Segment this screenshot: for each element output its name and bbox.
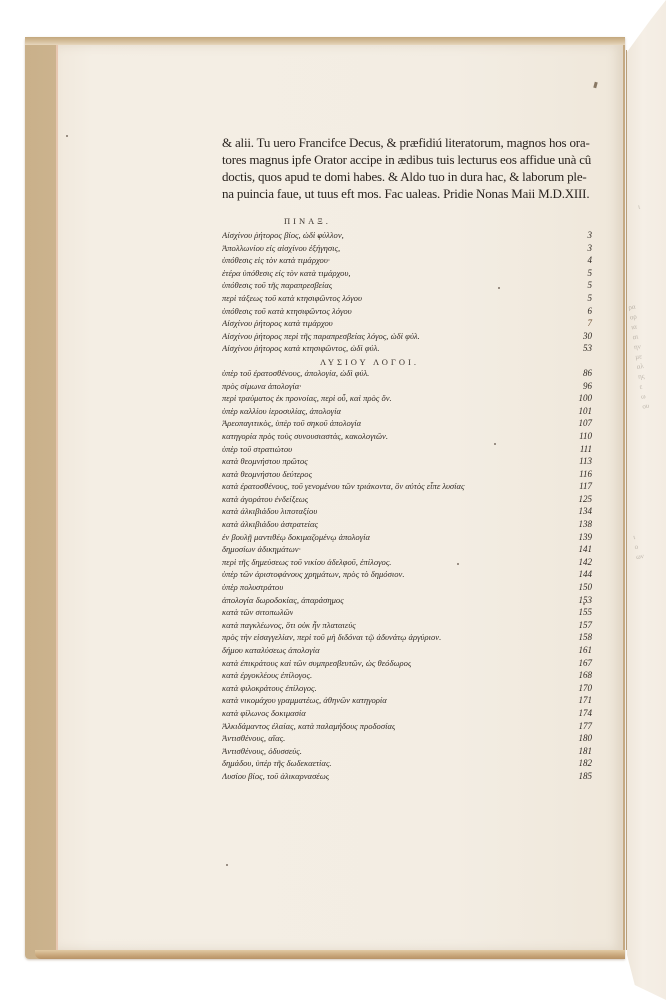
- index-entry: ὑπὲρ τοῦ στρατιώτου111: [222, 444, 594, 457]
- entry-title: Ἀπολλωνίου εἰς αἰσχίνου ἐξήγησις,: [222, 243, 340, 253]
- entry-page: 113: [570, 456, 594, 466]
- entry-page: 168: [570, 670, 594, 680]
- entry-page: 142: [570, 557, 594, 567]
- entry-page: 86: [570, 368, 594, 378]
- index-entry: κατὰ παγκλέωνος, ὅτι οὐκ ἦν πλαταιεύς157: [222, 620, 594, 633]
- entry-title: κατὰ ἐπικράτους καὶ τῶν συμπρεσβευτῶν, ὡ…: [222, 658, 411, 668]
- entry-page: 110: [570, 431, 594, 441]
- entry-page: 185: [570, 771, 594, 781]
- index-entry: Ἀλκιδάμαντος ἐλαίας, κατὰ παλαμήδους προ…: [222, 721, 594, 734]
- entry-page: 117: [570, 481, 594, 491]
- entry-page: 100: [570, 393, 594, 403]
- entry-title: δημοσίων ἀδικημάτων·: [222, 544, 301, 554]
- entry-page: 177: [570, 721, 594, 731]
- ink-speck: [226, 864, 228, 866]
- entry-title: περὶ τραύματος ἐκ προνοίας, περὶ οὗ, καὶ…: [222, 393, 392, 403]
- index-entry: Ἀντισθένους, αἴας.180: [222, 733, 594, 746]
- index-entry: περὶ τῆς δημεύσεως τοῦ νικίου ἀδελφοῦ, ἐ…: [222, 557, 594, 570]
- entry-title: ὑπὲρ πολυστράτου: [222, 582, 283, 592]
- lysias-heading: ΛΥΣΙΟΥ ΛΟΓΟΙ.: [222, 356, 594, 368]
- entry-title: Αἰσχίνου ῥήτορος βίος, ὡδὶ φύλλον,: [222, 230, 344, 240]
- index-entry: κατὰ φίλωνος δοκιμασία174: [222, 708, 594, 721]
- entry-title: ἀπολογία δωροδοκίας, ἀπαράσημος: [222, 595, 344, 605]
- entry-title: περὶ τῆς δημεύσεως τοῦ νικίου ἀδελφοῦ, ἐ…: [222, 557, 391, 567]
- entry-page: 150: [570, 582, 594, 592]
- entry-page: 53: [570, 343, 594, 353]
- entry-page: 181: [570, 746, 594, 756]
- index-entry: ὑπόθεσις τοῦ τῆς παραπρεσβείας5: [222, 280, 594, 293]
- entry-title: ὑπόθεσις εἰς τὸν κατὰ τιμάρχου·: [222, 255, 330, 265]
- index-entry: ἐν βουλῇ μαντιθέῳ δοκιμαζομένῳ ἀπολογία1…: [222, 532, 594, 545]
- entry-title: Αἰσχίνου ῥήτορος κατὰ κτησιφῶντος, ὡδὶ φ…: [222, 343, 380, 353]
- entry-title: κατὰ τῶν σιτοπωλῶν: [222, 607, 293, 617]
- index-entry: Λυσίου βίος, τοῦ ἁλικαρνασέως185: [222, 771, 594, 784]
- entry-title: κατὰ θεομνήστου δεύτερος: [222, 469, 312, 479]
- entry-page: 153: [570, 595, 594, 605]
- index-entry: κατὰ ἐργοκλέους ἐπίλογος.168: [222, 670, 594, 683]
- index-entry: δημάδου, ὑπὲρ τῆς δωδεκαετίας.182: [222, 758, 594, 771]
- index-entry: ἀπολογία δωροδοκίας, ἀπαράσημος153: [222, 595, 594, 608]
- page-gutter: [626, 50, 627, 950]
- entry-title: ὑπὲρ τοῦ ἐρατοσθένους, ἀπολογία, ὡδὶ φύλ…: [222, 368, 369, 378]
- entry-title: ὑπὲρ τοῦ στρατιώτου: [222, 444, 292, 454]
- lysias-index-list: ὑπὲρ τοῦ ἐρατοσθένους, ἀπολογία, ὡδὶ φύλ…: [222, 368, 594, 784]
- entry-page: 4: [570, 255, 594, 265]
- index-entry: ἑτέρα ὑπόθεσις εἰς τὸν κατὰ τιμάρχου,5: [222, 268, 594, 281]
- entry-page: 5: [570, 268, 594, 278]
- entry-title: κατὰ ἀλκιβιάδου λιποταξίου: [222, 506, 317, 516]
- index-entry: δημοσίων ἀδικημάτων·141: [222, 544, 594, 557]
- entry-page: 125: [570, 494, 594, 504]
- index-entry: κατὰ θεομνήστου πρῶτος113: [222, 456, 594, 469]
- entry-page: 157: [570, 620, 594, 630]
- entry-title: Λυσίου βίος, τοῦ ἁλικαρνασέως: [222, 771, 329, 781]
- entry-page: 116: [570, 469, 594, 479]
- entry-page: 5: [570, 280, 594, 290]
- index-entry: κατὰ νικομάχου γραμματέως, ἀθηνῶν κατηγο…: [222, 695, 594, 708]
- index-entry: δήμου καταλύσεως ἀπολογία161: [222, 645, 594, 658]
- entry-page: 141: [570, 544, 594, 554]
- entry-title: Ἀντισθένους, αἴας.: [222, 733, 285, 743]
- entry-title: Ἀντισθένους, ὀδυσσεύς.: [222, 746, 302, 756]
- index-entry: Ἀρεοπαγιτικὸς, ὑπὲρ τοῦ σηκοῦ ἀπολογία10…: [222, 418, 594, 431]
- entry-title: δήμου καταλύσεως ἀπολογία: [222, 645, 320, 655]
- colophon-line: tores magnus ipfe Orator accipe in ædibu…: [222, 151, 594, 168]
- index-entry: Ἀπολλωνίου εἰς αἰσχίνου ἐξήγησις,3: [222, 243, 594, 256]
- entry-title: δημάδου, ὑπὲρ τῆς δωδεκαετίας.: [222, 758, 332, 768]
- entry-title: ὑπὲρ τῶν ἀριστοφάνους χρημάτων, πρὸς τὸ …: [222, 569, 405, 579]
- index-entry: περὶ τάξεως τοῦ κατὰ κτησιφῶντος λόγου5: [222, 293, 594, 306]
- entry-page: 170: [570, 683, 594, 693]
- colophon-paragraph: & alii. Tu uero Francifce Decus, & præfi…: [222, 134, 594, 202]
- entry-page: 144: [570, 569, 594, 579]
- entry-title: κατὰ νικομάχου γραμματέως, ἀθηνῶν κατηγο…: [222, 695, 387, 705]
- index-entry: κατὰ ἀλκιβιάδου ἀστρατείας138: [222, 519, 594, 532]
- entry-page: 138: [570, 519, 594, 529]
- index-entry: κατὰ θεομνήστου δεύτερος116: [222, 469, 594, 482]
- entry-page: 174: [570, 708, 594, 718]
- index-entry: κατηγορία πρὸς τοὺς συνουσιαστὰς, κακολο…: [222, 431, 594, 444]
- entry-page: 139: [570, 532, 594, 542]
- index-entry: ὑπὲρ πολυστράτου150: [222, 582, 594, 595]
- entry-page: 107: [570, 418, 594, 428]
- entry-page: 6: [570, 306, 594, 316]
- index-entry: Ἀντισθένους, ὀδυσσεύς.181: [222, 746, 594, 759]
- entry-page: 3: [570, 243, 594, 253]
- colophon-line: na puincia faue, ut tuus eft mos. Fac ua…: [222, 185, 594, 202]
- entry-title: ἑτέρα ὑπόθεσις εἰς τὸν κατὰ τιμάρχου,: [222, 268, 351, 278]
- entry-title: ἐν βουλῇ μαντιθέῳ δοκιμαζομένῳ ἀπολογία: [222, 532, 370, 542]
- colophon-line: doctis, quos apud te domi habes. & Aldo …: [222, 168, 594, 185]
- colophon-line: & alii. Tu uero Francifce Decus, & præfi…: [222, 134, 594, 151]
- entry-page: 155: [570, 607, 594, 617]
- entry-title: ὑπὲρ καλλίου ἱεροσυλίας, ἀπολογία: [222, 406, 341, 416]
- index-entry: περὶ τραύματος ἐκ προνοίας, περὶ οὗ, καὶ…: [222, 393, 594, 406]
- aeschines-index-list: Αἰσχίνου ῥήτορος βίος, ὡδὶ φύλλον,3 Ἀπολ…: [222, 230, 594, 356]
- entry-page: 101: [570, 406, 594, 416]
- binding-top-edge: [25, 37, 625, 45]
- index-entry: Αἰσχίνου ῥήτορος περὶ τῆς παραπρεσβείας …: [222, 331, 594, 344]
- index-entry: πρὸς σίμωνα ἀπολογία·96: [222, 381, 594, 394]
- index-entry: κατὰ ἀγοράτου ἐνδείξεως125: [222, 494, 594, 507]
- entry-title: Ἀλκιδάμαντος ἐλαίας, κατὰ παλαμήδους προ…: [222, 721, 395, 731]
- entry-title: κατὰ ἀγοράτου ἐνδείξεως: [222, 494, 308, 504]
- index-entry: πρὸς τὴν εἰσαγγελίαν, περὶ τοῦ μὴ διδόνα…: [222, 632, 594, 645]
- index-entry: κατὰ ἀλκιβιάδου λιποταξίου134: [222, 506, 594, 519]
- index-entry: Αἰσχίνου ῥήτορος βίος, ὡδὶ φύλλον,3: [222, 230, 594, 243]
- entry-title: κατὰ παγκλέωνος, ὅτι οὐκ ἦν πλαταιεύς: [222, 620, 356, 630]
- entry-page: 5: [570, 293, 594, 303]
- book-photo: & alii. Tu uero Francifce Decus, & præfi…: [0, 0, 666, 1000]
- entry-title: πρὸς τὴν εἰσαγγελίαν, περὶ τοῦ μὴ διδόνα…: [222, 632, 441, 642]
- binding-hole: [66, 135, 68, 137]
- index-entry: κατὰ τῶν σιτοπωλῶν155: [222, 607, 594, 620]
- printed-text-block: & alii. Tu uero Francifce Decus, & præfi…: [222, 134, 594, 784]
- entry-title: περὶ τάξεως τοῦ κατὰ κτησιφῶντος λόγου: [222, 293, 362, 303]
- right-page-leaf: [627, 0, 666, 1000]
- entry-title: Αἰσχίνου ῥήτορος περὶ τῆς παραπρεσβείας …: [222, 331, 420, 341]
- entry-title: κατὰ φίλωνος δοκιμασία: [222, 708, 306, 718]
- entry-page: 182: [570, 758, 594, 768]
- index-entry: κατὰ φιλοκράτους ἐπίλογος.170: [222, 683, 594, 696]
- entry-title: Ἀρεοπαγιτικὸς, ὑπὲρ τοῦ σηκοῦ ἀπολογία: [222, 418, 361, 428]
- entry-page-annotated: 7: [570, 318, 594, 328]
- entry-title: κατὰ ἀλκιβιάδου ἀστρατείας: [222, 519, 318, 529]
- index-entry: Αἰσχίνου ῥήτορος κατὰ κτησιφῶντος, ὡδὶ φ…: [222, 343, 594, 356]
- index-entry: ὑπὲρ καλλίου ἱεροσυλίας, ἀπολογία101: [222, 406, 594, 419]
- entry-page: 134: [570, 506, 594, 516]
- entry-page: 158: [570, 632, 594, 642]
- entry-title: ὑπόθεσις τοῦ κατὰ κτησιφῶντος λόγου: [222, 306, 352, 316]
- entry-title: ὑπόθεσις τοῦ τῆς παραπρεσβείας: [222, 280, 332, 290]
- entry-page: 111: [570, 444, 594, 454]
- entry-title: Αἰσχίνου ῥήτορος κατὰ τιμάρχου: [222, 318, 333, 328]
- index-heading: ΠΙΝΑΞ.: [222, 215, 594, 227]
- entry-title: κατὰ ἐρατοσθένους, τοῦ γενομένου τῶν τρι…: [222, 481, 465, 491]
- entry-page: 30: [570, 331, 594, 341]
- index-entry: ὑπὲρ τοῦ ἐρατοσθένους, ἀπολογία, ὡδὶ φύλ…: [222, 368, 594, 381]
- entry-page: 161: [570, 645, 594, 655]
- entry-title: πρὸς σίμωνα ἀπολογία·: [222, 381, 301, 391]
- index-entry: ὑπόθεσις εἰς τὸν κατὰ τιμάρχου·4: [222, 255, 594, 268]
- index-entry: κατὰ ἐρατοσθένους, τοῦ γενομένου τῶν τρι…: [222, 481, 594, 494]
- entry-title: κατὰ ἐργοκλέους ἐπίλογος.: [222, 670, 312, 680]
- entry-title: κατὰ θεομνήστου πρῶτος: [222, 456, 308, 466]
- entry-title: κατὰ φιλοκράτους ἐπίλογος.: [222, 683, 317, 693]
- entry-page: 171: [570, 695, 594, 705]
- index-entry: κατὰ ἐπικράτους καὶ τῶν συμπρεσβευτῶν, ὡ…: [222, 658, 594, 671]
- entry-page: 96: [570, 381, 594, 391]
- binding-bottom-edge: [35, 950, 625, 959]
- entry-page: 180: [570, 733, 594, 743]
- entry-page: 167: [570, 658, 594, 668]
- entry-page: 3: [570, 230, 594, 240]
- index-entry: ὑπὲρ τῶν ἀριστοφάνους χρημάτων, πρὸς τὸ …: [222, 569, 594, 582]
- index-entry: Αἰσχίνου ῥήτορος κατὰ τιμάρχου7: [222, 318, 594, 331]
- index-entry: ὑπόθεσις τοῦ κατὰ κτησιφῶντος λόγου6: [222, 306, 594, 319]
- entry-title: κατηγορία πρὸς τοὺς συνουσιαστὰς, κακολο…: [222, 431, 388, 441]
